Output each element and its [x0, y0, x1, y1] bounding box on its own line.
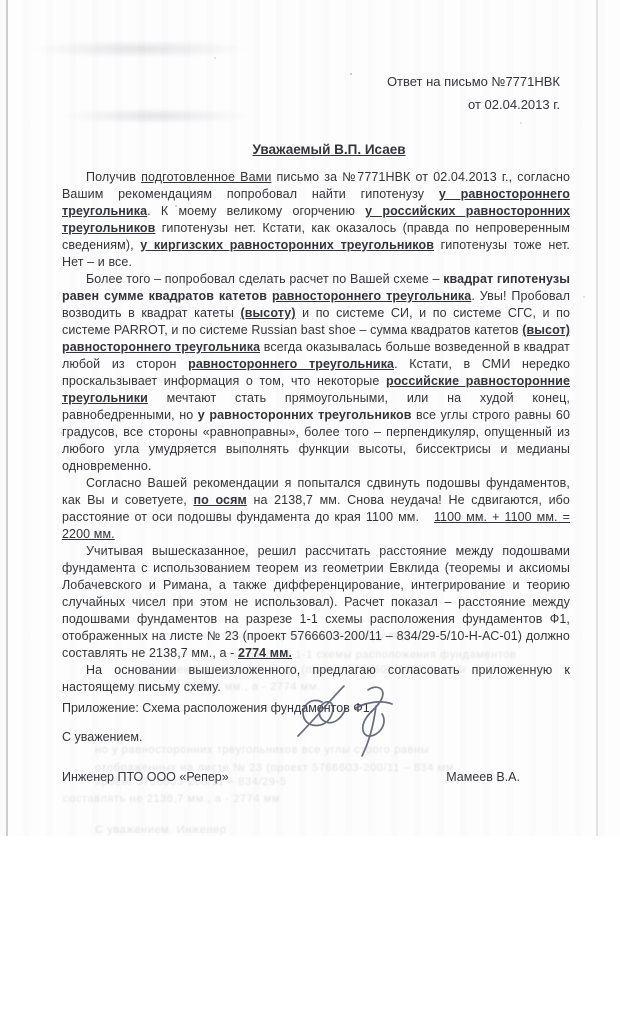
ghost-text: составлять не 2138,7 мм., а - 2774 мм [63, 793, 313, 805]
paragraph-2: Более того – попробовал сделать расчет п… [62, 271, 570, 475]
ghost-text: отображенных на листе № 23 (проект 57666… [130, 664, 465, 676]
letter-document: Ответ на письмо №7771НВК от 02.04.2013 г… [62, 70, 570, 784]
scanned-letter-page: { "page": { "paper_color": "#fdfdfd", "i… [0, 0, 620, 1020]
ghost-text: отображенных на листе № 23 (проект 57666… [95, 762, 495, 774]
ghost-text: составлять не 2138,7 мм., а - 2774 мм. [100, 681, 400, 693]
scan-left-edge-shadow [6, 0, 8, 836]
ghost-text: С уважением. Инженер [95, 824, 255, 836]
scan-smudge [30, 40, 250, 58]
ghost-text: Расчет показал – расстояние между подошв… [180, 630, 435, 642]
paragraph-3: Согласно Вашей рекомендации я попытался … [62, 475, 570, 543]
reference-block: Ответ на письмо №7771НВК от 02.04.2013 г… [62, 70, 570, 116]
ghost-text: проект 5766603-200/11 – 834/29-5 [95, 776, 425, 788]
reference-date: от 02.04.2013 г. [62, 93, 560, 116]
scan-speck [583, 296, 585, 298]
ghost-text: но у равносторонних треугольников все уг… [95, 744, 435, 756]
salutation-title: Уважаемый В.П. Исаев [62, 142, 570, 157]
scan-right-edge-shadow [596, 0, 598, 836]
scan-speck [214, 57, 216, 59]
reference-line: Ответ на письмо №7771НВК [62, 70, 560, 93]
ghost-text: на разрезе 1-1 схемы расположения фундам… [230, 649, 520, 661]
paragraph-1: Получив подготовленное Вами письмо за №7… [62, 169, 570, 271]
paragraph-4: Учитывая вышесказанное, решил рассчитать… [62, 543, 570, 662]
